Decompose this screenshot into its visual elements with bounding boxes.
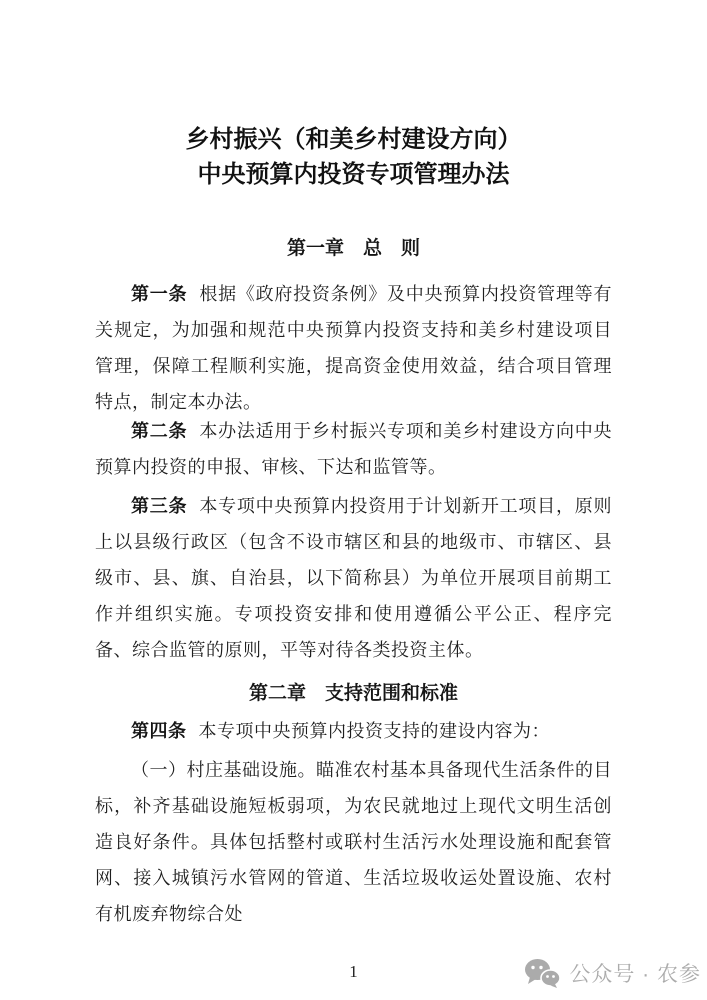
article-4-text: 本专项中央预算内投资支持的建设内容为：: [199, 721, 551, 741]
watermark-text: 公众号 · 农参: [569, 958, 701, 988]
chapter1-heading: 第一章 总 则: [95, 236, 612, 262]
document-content: 乡村振兴（和美乡村建设方向） 中央预算内投资专项管理办法 第一章 总 则 第一条…: [95, 0, 612, 982]
item-1-text: （一）村庄基础设施。瞄准农村基本具备现代生活条件的目标，补齐基础设施短板弱项，为…: [95, 760, 612, 924]
article-3-label: 第三条: [131, 496, 187, 516]
article-1-label: 第一条: [131, 284, 187, 304]
item-1-paragraph: （一）村庄基础设施。瞄准农村基本具备现代生活条件的目标，补齐基础设施短板弱项，为…: [95, 752, 612, 932]
document-title-line1: 乡村振兴（和美乡村建设方向）: [95, 122, 612, 157]
article-1-paragraph: 第一条根据《政府投资条例》及中央预算内投资管理等有关规定，为加强和规范中央预算内…: [95, 276, 612, 420]
watermark: 公众号 · 农参: [524, 958, 701, 988]
document-title: 乡村振兴（和美乡村建设方向） 中央预算内投资专项管理办法: [95, 0, 612, 192]
chapter2-heading: 第二章 支持范围和标准: [95, 681, 612, 707]
document-title-line2: 中央预算内投资专项管理办法: [95, 157, 612, 192]
article-2-paragraph: 第二条本办法适用于乡村振兴专项和美乡村建设方向中央预算内投资的申报、审核、下达和…: [95, 413, 612, 485]
article-3-text: 本专项中央预算内投资用于计划新开工项目，原则上以县级行政区（包含不设市辖区和县的…: [95, 496, 612, 660]
article-3-paragraph: 第三条本专项中央预算内投资用于计划新开工项目，原则上以县级行政区（包含不设市辖区…: [95, 488, 612, 668]
article-4-label: 第四条: [131, 721, 187, 741]
article-4-paragraph: 第四条本专项中央预算内投资支持的建设内容为：: [95, 713, 612, 749]
wechat-icon: [524, 958, 560, 988]
article-2-label: 第二条: [131, 421, 187, 441]
document-page: 乡村振兴（和美乡村建设方向） 中央预算内投资专项管理办法 第一章 总 则 第一条…: [0, 0, 707, 1000]
